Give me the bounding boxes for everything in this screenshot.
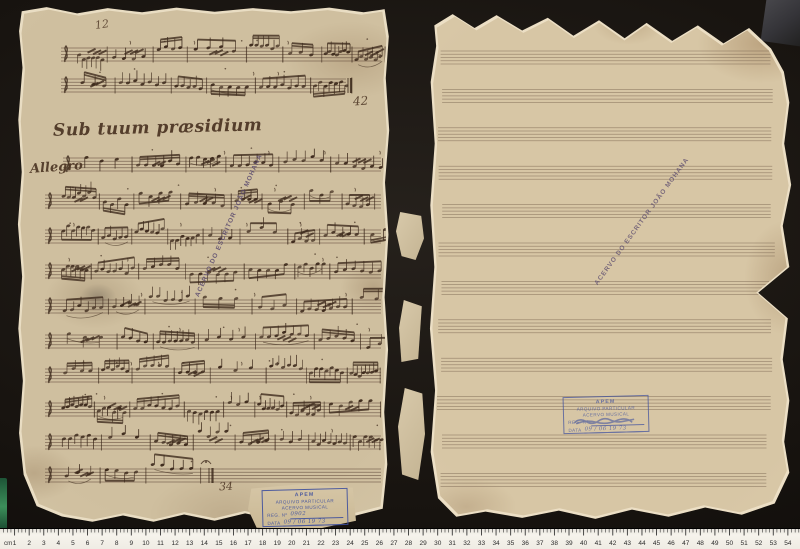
svg-text:54: 54 <box>784 540 792 547</box>
svg-text:24: 24 <box>347 540 355 547</box>
svg-text:50: 50 <box>726 540 734 547</box>
svg-text:52: 52 <box>755 540 763 547</box>
svg-text:49: 49 <box>711 540 719 547</box>
stamp-date-value: 09 / 06 19 73 <box>284 519 344 527</box>
svg-text:27: 27 <box>390 540 398 547</box>
stamp-date-label: DATA <box>568 427 581 434</box>
measure-count-mark: 42 <box>352 93 368 108</box>
svg-text:9: 9 <box>129 540 133 547</box>
svg-text:15: 15 <box>215 540 223 547</box>
measuring-ruler: cm12345678910111213141516171819202122232… <box>0 528 800 549</box>
svg-text:25: 25 <box>361 540 369 547</box>
svg-text:3: 3 <box>42 540 46 547</box>
svg-text:8: 8 <box>115 540 119 547</box>
svg-text:33: 33 <box>478 540 486 547</box>
svg-text:48: 48 <box>697 540 705 547</box>
svg-text:17: 17 <box>244 540 252 547</box>
svg-text:5: 5 <box>71 540 75 547</box>
svg-text:38: 38 <box>551 540 559 547</box>
svg-text:35: 35 <box>507 540 515 547</box>
svg-text:39: 39 <box>565 540 573 547</box>
svg-text:44: 44 <box>638 540 646 547</box>
svg-text:30: 30 <box>434 540 442 547</box>
svg-text:18: 18 <box>259 540 267 547</box>
svg-text:cm: cm <box>4 540 12 547</box>
svg-text:16: 16 <box>230 540 238 547</box>
archive-stamp-left: APEM ARQUIVO PARTICULAR ACERVO MUSICAL R… <box>262 488 349 527</box>
svg-text:46: 46 <box>668 540 676 547</box>
svg-text:10: 10 <box>142 540 150 547</box>
svg-text:42: 42 <box>609 540 617 547</box>
svg-text:4: 4 <box>57 540 61 547</box>
final-measure-mark: 34 <box>218 479 233 493</box>
svg-text:34: 34 <box>492 540 500 547</box>
svg-text:22: 22 <box>317 540 325 547</box>
archive-stamp-right: APEM ARQUIVO PARTICULAR ACERVO MUSICAL R… <box>563 395 650 434</box>
svg-text:20: 20 <box>288 540 296 547</box>
svg-text:51: 51 <box>740 540 748 547</box>
svg-text:7: 7 <box>100 540 104 547</box>
svg-text:2: 2 <box>27 540 31 547</box>
svg-text:13: 13 <box>186 540 194 547</box>
ruler-scale: cm12345678910111213141516171819202122232… <box>0 529 800 549</box>
svg-text:40: 40 <box>580 540 588 547</box>
svg-text:47: 47 <box>682 540 690 547</box>
svg-text:36: 36 <box>522 540 530 547</box>
svg-text:6: 6 <box>86 540 90 547</box>
svg-text:41: 41 <box>595 540 603 547</box>
stamp-date-label: DATA <box>267 521 280 528</box>
svg-text:32: 32 <box>463 540 471 547</box>
tempo-marking: Allegro <box>29 158 83 177</box>
svg-text:53: 53 <box>770 540 778 547</box>
svg-text:26: 26 <box>376 540 384 547</box>
svg-text:29: 29 <box>419 540 427 547</box>
page-number: 12 <box>94 17 110 32</box>
manuscript-photo: 12 42 Sub tuum præsidium Allegro 34 ACER… <box>0 0 800 549</box>
background-object-green <box>0 478 7 530</box>
svg-text:43: 43 <box>624 540 632 547</box>
svg-text:45: 45 <box>653 540 661 547</box>
svg-text:14: 14 <box>201 540 209 547</box>
torn-paper-fragment <box>399 300 423 362</box>
background-object <box>761 0 800 47</box>
svg-text:28: 28 <box>405 540 413 547</box>
torn-paper-fragment <box>398 388 425 480</box>
svg-text:19: 19 <box>274 540 282 547</box>
svg-text:1: 1 <box>13 540 17 547</box>
svg-text:11: 11 <box>157 540 164 547</box>
svg-text:37: 37 <box>536 540 544 547</box>
svg-text:12: 12 <box>171 540 179 547</box>
svg-text:23: 23 <box>332 540 340 547</box>
svg-text:31: 31 <box>449 540 457 547</box>
svg-text:21: 21 <box>303 540 311 547</box>
torn-paper-fragment <box>396 212 424 260</box>
